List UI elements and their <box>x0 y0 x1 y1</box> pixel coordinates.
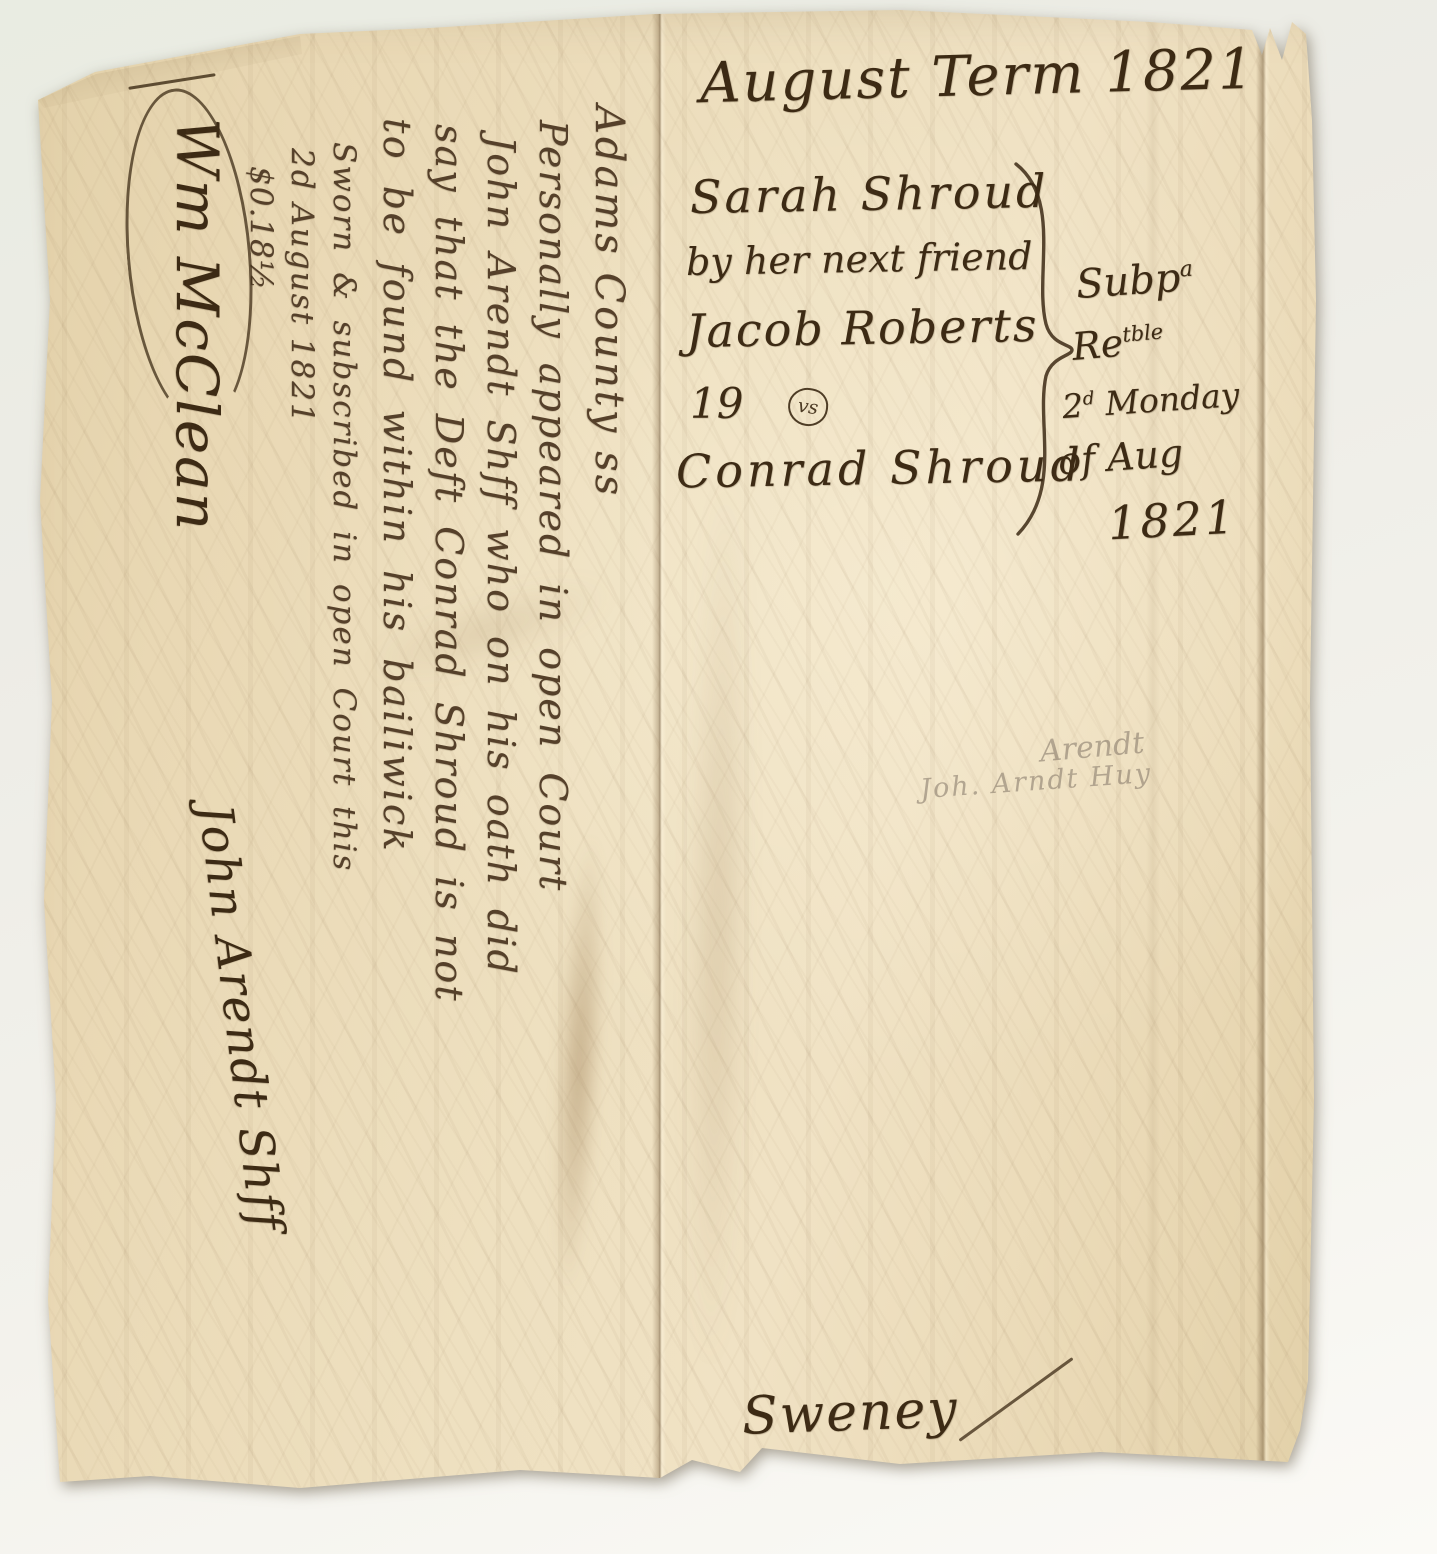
return-month-line: of Aug <box>1057 434 1185 483</box>
relation-line: by her next friend <box>686 237 1033 283</box>
returnable-label-text: Re <box>1070 321 1125 369</box>
return-day-line: 2d Monday <box>1061 378 1240 425</box>
plaintiff-name: Sarah Shroud <box>690 167 1049 222</box>
return-year-line: 1821 <box>1107 493 1238 548</box>
subpoena-label-text: Subp <box>1075 255 1182 308</box>
return-line: Personally appeared in open Court <box>532 120 572 1460</box>
attorney-signature: Sweney <box>741 1382 959 1444</box>
returnable-label-sup: tble <box>1121 319 1164 346</box>
subpoena-label-sup: a <box>1179 257 1194 283</box>
return-line: John Arendt Shff who on his oath did <box>480 136 520 1460</box>
docket-brace-icon <box>1004 158 1082 540</box>
return-of-service-panel: Adams County ss Personally appeared in o… <box>42 60 658 1460</box>
fold-crease-flap <box>1256 0 1270 1554</box>
document-scan: Adams County ss Personally appeared in o… <box>0 0 1437 1554</box>
term-heading: August Term 1821 <box>699 41 1256 114</box>
clerk-signature-text: Wm McClean <box>163 118 231 532</box>
pencil-annotation: Joh. Arndt Huy <box>919 760 1153 804</box>
return-line: say that the Deft Conrad Shroud is not <box>428 124 468 1460</box>
ink-stain <box>680 470 756 1371</box>
return-day-num: 2 <box>1061 386 1085 426</box>
subpoena-label: Subpa <box>1075 256 1195 306</box>
next-friend-name: Jacob Roberts <box>686 301 1039 355</box>
jurat-line: Sworn & subscribed in open Court this <box>328 142 361 1460</box>
clerk-signature: Wm McClean <box>167 118 228 532</box>
returnable-label: Retble <box>1070 320 1165 368</box>
versus-mark-icon: vs <box>786 385 831 428</box>
versus-mark-text: vs <box>796 395 819 420</box>
county-line: Adams County ss <box>588 105 630 1460</box>
paper-sheet: Adams County ss Personally appeared in o… <box>0 0 1437 1554</box>
return-line: to be found within his bailiwick <box>376 118 416 1460</box>
case-number: 19 <box>690 382 743 426</box>
return-day-rest: Monday <box>1093 375 1240 424</box>
signature-flourish <box>958 1357 1073 1442</box>
rotated-text-block: Adams County ss Personally appeared in o… <box>42 60 658 1460</box>
